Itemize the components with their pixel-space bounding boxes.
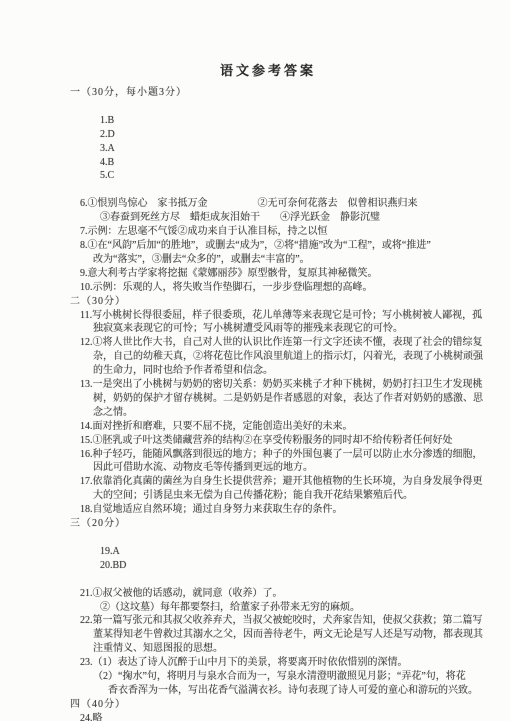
answer-line-q22-cont2: 注重情义、知恩图报的思想。	[70, 642, 492, 656]
answer-line-q6: 6.①恨别鸟惊心 家书抵万金 ②无可奈何花落去 似曾相识燕归来	[70, 197, 492, 211]
answer-line-q18: 18.自觉地适应自然环境；通过自身努力来获取生存的条件。	[70, 503, 492, 517]
answers-content: 一（30分，每小题3分） 1.B 2.D 3.A 4.B 5.C 6.①恨别鸟惊…	[0, 86, 510, 721]
answer-line-q16: 16.种子轻巧，能随风飘落到很远的地方；种子的外围包裹了一层可以防止水分渗透的细…	[70, 448, 492, 462]
answer-line-q8-cont: 改为“落实”，③删去“众多的”，或删去“丰富的”。	[70, 253, 492, 267]
answer-line-q14: 14.面对挫折和磨难，只要不屈不挠，定能创造出美好的未来。	[70, 420, 492, 434]
section-three-heading: 三（20分）	[70, 517, 492, 531]
answer-line-q12-cont1: 杂，自己的幼稚天真，②将花苞比作风浪里航道上的指示灯，闪着光，表现了小桃树顽强	[70, 350, 492, 364]
section-two: 二（30分） 11.写小桃树长得很委屈，样子很委琐，花儿单薄等来表现它是可怜；写…	[70, 295, 492, 518]
answer-line-q23-2: （2）“掬水”句，将明月与泉水合而为一，写泉水清澄明澈照见月影；“弄花”句，将花	[70, 670, 492, 684]
section-three: 三（20分） 19.A 20.BD 21.①叔父被他的话感动，就同意（收养）了。…	[70, 517, 492, 698]
answer-line-q10: 10.示例：乐观的人，将失败当作垫脚石，一步步登临理想的高峰。	[70, 281, 492, 295]
answer-line-q22-cont1: 董某得知老牛曾救过其溺水之父，因而善待老牛，两文无论是写人还是写动物，都表现其	[70, 628, 492, 642]
reference-answer-sheet: 语文参考答案 一（30分，每小题3分） 1.B 2.D 3.A 4.B 5.C …	[0, 0, 510, 721]
answer-line-q16-cont: 因此可借助水流、动物皮毛等传播到更远的地方。	[70, 461, 492, 475]
answer-line-q11-cont: 独寂寞来表现它的可怜；写小桃树遭受风雨等的摧残来表现它的可怜。	[70, 322, 492, 336]
multiple-choice-answers-1-5: 1.B 2.D 3.A 4.B 5.C	[70, 100, 492, 197]
page-title: 语文参考答案	[0, 63, 510, 78]
answer-line-q7: 7.示例：左思毫不气馁②成功来自于认准目标，持之以恒	[70, 225, 492, 239]
answer-line-q17-cont: 大的空间；引诱昆虫来无偿为自己传播花粉；能自我开花结果繁殖后代。	[70, 489, 492, 503]
answer-q5: 5.C	[100, 169, 156, 183]
answer-line-q22: 22.第一篇写张元和其叔父收养弃犬，当叔父被蛇咬时，犬奔家告知，使叔父获救；第二…	[70, 614, 492, 628]
answer-q20: 20.BD	[100, 559, 160, 573]
answer-line-q13: 13.一是突出了小桃树与奶奶的密切关系：奶奶买来桃子才种下桃树，奶奶打扫卫生才发…	[70, 378, 492, 392]
answer-line-q11: 11.写小桃树长得很委屈，样子很委琐，花儿单薄等来表现它是可怜；写小桃树被人鄙视…	[70, 309, 492, 323]
answer-line-q23-2-cont: 香衣香浑为一体，写出花香气溢满衣衫。诗句表现了诗人可爱的童心和游玩的兴致。	[70, 684, 492, 698]
answer-line-q6-cont: ③春蚕到死丝方尽 蜡炬成灰泪始干 ④浮光跃金 静影沉璧	[70, 211, 492, 225]
section-one: 一（30分，每小题3分） 1.B 2.D 3.A 4.B 5.C 6.①恨别鸟惊…	[70, 86, 492, 295]
answer-q4: 4.B	[100, 156, 156, 170]
answer-q2: 2.D	[100, 128, 156, 142]
answer-line-q13-cont1: 树，奶奶的保护才留存桃树。二是奶奶是作者感恩的对象，表达了作者对奶奶的感激、思	[70, 392, 492, 406]
section-four: 四（40分） 24.略	[70, 698, 492, 721]
section-four-heading: 四（40分）	[70, 698, 492, 712]
answer-line-q12: 12.①将人世比作大书，自己对人世的认识比作连第一行文字还读不懂，表现了社会的错…	[70, 336, 492, 350]
answer-line-q21-cont: ②（这坟墓）每年都要祭扫，给董家子孙带来无穷的麻烦。	[70, 601, 492, 615]
answer-q1: 1.B	[100, 114, 156, 128]
answer-q19: 19.A	[100, 545, 160, 559]
section-one-heading: 一（30分，每小题3分）	[70, 86, 492, 100]
answer-line-q24: 24.略	[70, 712, 492, 721]
answer-line-q12-cont2: 的生命力，同时也给予作者希望和信念。	[70, 364, 492, 378]
answer-line-q13-cont2: 念之情。	[70, 406, 492, 420]
answer-line-q9: 9.意大利考古学家将挖掘《蒙娜丽莎》原型骸骨，复原其神秘微笑。	[70, 267, 492, 281]
answer-line-q23-1: 23.（1）表达了诗人沉醉于山中月下的美景，将要离开时依依惜别的深情。	[70, 656, 492, 670]
answer-line-q8: 8.①在“风韵”后加“的胜地”，或删去“成为”，②将“措施”改为“工程”，或将“…	[70, 239, 492, 253]
section-two-heading: 二（30分）	[70, 295, 492, 309]
answer-line-q17: 17.依靠消化真菌的菌丝为自身生长提供营养；避开其他植物的生长环境，为自身发展争…	[70, 475, 492, 489]
answer-q3: 3.A	[100, 142, 156, 156]
answer-line-q21: 21.①叔父被他的话感动，就同意（收养）了。	[70, 587, 492, 601]
multiple-choice-answers-19-20: 19.A 20.BD	[70, 531, 492, 587]
answer-line-q15: 15.①胚乳或子叶这类储藏营养的结构②在享受传粉服务的同时却不给传粉者任何好处	[70, 434, 492, 448]
